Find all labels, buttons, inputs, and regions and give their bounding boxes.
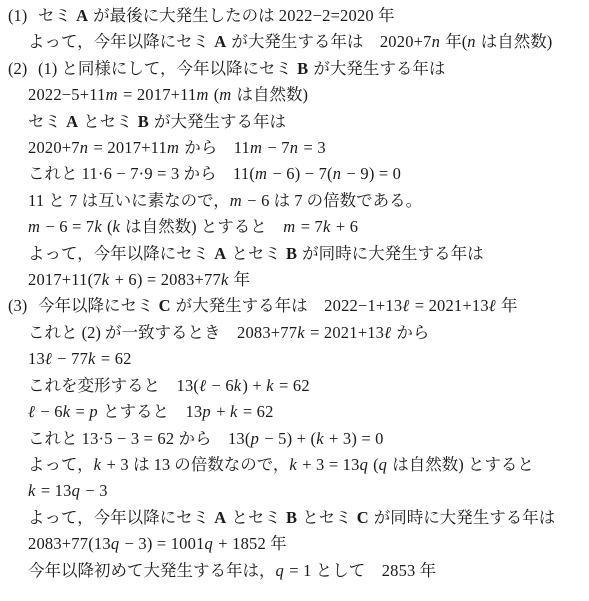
- cicada-label: A: [213, 32, 227, 51]
- math-variable: k: [323, 217, 332, 236]
- math-run: + 1852: [214, 534, 266, 553]
- text-run: これを変形すると: [28, 376, 177, 395]
- math-variable: k: [102, 270, 111, 289]
- text-run: (: [103, 217, 113, 236]
- solution-line: 今年以降初めて大発生する年は，q = 1 として 2853 年: [0, 558, 589, 584]
- math-variable: k: [289, 455, 298, 474]
- math-run: − 3: [81, 481, 108, 500]
- text-run: よって，今年以降にセミ: [28, 32, 213, 51]
- math-variable: k: [94, 217, 103, 236]
- math-run: − 6) − 7(: [268, 164, 333, 183]
- solution-line: よって，今年以降にセミ A とセミ B とセミ C が同時に大発生する年は: [0, 505, 589, 531]
- solution-line: よって，今年以降にセミ A とセミ B が同時に大発生する年は: [0, 241, 589, 267]
- cicada-label: C: [158, 296, 172, 315]
- math-run: 11·6 − 7·9 = 3: [82, 164, 180, 183]
- cicada-label: A: [213, 244, 227, 263]
- cicada-label: A: [75, 6, 89, 25]
- text-run: が大発生する年は: [150, 112, 286, 131]
- math-variable: ℓ: [384, 323, 392, 342]
- text-run: から: [179, 164, 233, 183]
- solution-line: k = 13q − 3: [0, 478, 589, 504]
- cicada-label: A: [65, 112, 79, 131]
- math-variable: n: [467, 32, 476, 51]
- solution-line: これと (2) が一致するとき 2083+77k = 2021+13ℓ から: [0, 320, 589, 346]
- math-run: 11: [234, 138, 250, 157]
- math-run: 7: [69, 191, 77, 210]
- text-run: とセミ: [298, 508, 356, 527]
- math-variable: q: [72, 481, 81, 500]
- text-run: 今年以降初めて大発生する年は，: [28, 561, 276, 580]
- math-run: − 5) + (: [260, 429, 316, 448]
- math-run: = 2017+11: [89, 138, 167, 157]
- item-number: (3): [8, 293, 27, 319]
- math-run: 13: [28, 349, 45, 368]
- text-run: (: [210, 85, 220, 104]
- text-run: とすると: [99, 402, 186, 421]
- math-run: 11: [28, 191, 44, 210]
- text-run: が大発生する年は: [172, 296, 325, 315]
- math-run: 2083+77: [237, 323, 297, 342]
- math-run: 13(: [177, 376, 200, 395]
- solution-line: 11 と 7 は互いに素なので，m − 6 は 7 の倍数である。: [0, 188, 589, 214]
- math-variable: m: [283, 217, 296, 236]
- solution-line: (3)今年以降にセミ C が大発生する年は 2022−1+13ℓ = 2021+…: [0, 293, 589, 319]
- solution-line: 2020+7n = 2017+11m から 11m − 7n = 3: [0, 135, 589, 161]
- math-run: 2853: [382, 561, 416, 580]
- math-variable: k: [63, 402, 72, 421]
- math-run: = 62: [275, 376, 310, 395]
- math-run: 2017+11(7: [28, 270, 102, 289]
- math-run: = 62: [239, 402, 274, 421]
- math-variable: n: [333, 164, 342, 183]
- text-run: 今年以降にセミ: [38, 296, 158, 315]
- text-run: これと (2) が一致するとき: [28, 323, 237, 342]
- text-run: 年: [266, 534, 287, 553]
- math-run: + 6) = 2083+77: [110, 270, 221, 289]
- solution-line: セミ A とセミ B が大発生する年は: [0, 109, 589, 135]
- text-run: が最後に大発生したのは: [89, 6, 279, 25]
- text-run: これと: [28, 429, 82, 448]
- text-run: が大発生する年は: [309, 59, 445, 78]
- math-variable: ℓ: [199, 376, 207, 395]
- math-variable: m: [255, 164, 268, 183]
- text-run: 年: [416, 561, 437, 580]
- math-variable: ℓ: [28, 402, 36, 421]
- math-run: =: [71, 402, 89, 421]
- text-run: から: [180, 138, 234, 157]
- text-run: 年: [229, 270, 250, 289]
- math-variable: q: [205, 534, 214, 553]
- math-run: 2083+77(13: [28, 534, 111, 553]
- math-run: = 2021+13: [410, 296, 488, 315]
- text-run: が大発生する年は: [227, 32, 380, 51]
- math-run: = 1: [285, 561, 312, 580]
- text-run: は自然数) とすると: [121, 217, 283, 236]
- math-run: 2020+7: [380, 32, 432, 51]
- math-variable: ℓ: [489, 296, 497, 315]
- solution-line: よって，k + 3 は 13 の倍数なので，k + 3 = 13q (q は自然…: [0, 452, 589, 478]
- cicada-label: B: [285, 244, 298, 263]
- math-run: = 2021+13: [306, 323, 384, 342]
- solution-line: 2022−5+11m = 2017+11m (m は自然数): [0, 82, 589, 108]
- math-variable: q: [111, 534, 120, 553]
- math-run: 13: [185, 402, 202, 421]
- solution-line: よって，今年以降にセミ A が大発生する年は 2020+7n 年(n は自然数): [0, 29, 589, 55]
- math-run: 2022−2=2020: [279, 6, 374, 25]
- math-run: = 2017+11: [119, 85, 197, 104]
- math-variable: m: [167, 138, 180, 157]
- math-variable: k: [316, 429, 325, 448]
- math-variable: n: [290, 138, 299, 157]
- math-variable: q: [379, 455, 388, 474]
- math-run: − 3) = 1001: [120, 534, 204, 553]
- solution-line: (2)(1) と同様にして，今年以降にセミ B が大発生する年は: [0, 56, 589, 82]
- solution-line: これと 13·5 − 3 = 62 から 13(p − 5) + (k + 3)…: [0, 426, 589, 452]
- math-run: 2022−5+11: [28, 85, 106, 104]
- math-variable: m: [106, 85, 119, 104]
- math-run: 11(: [233, 164, 255, 183]
- math-solution-document: (1)セミ A が最後に大発生したのは 2022−2=2020 年よって，今年以…: [0, 0, 589, 584]
- text-run: (: [369, 455, 379, 474]
- cicada-label: C: [356, 508, 370, 527]
- cicada-label: A: [213, 508, 227, 527]
- math-run: + 3 = 13: [298, 455, 360, 474]
- math-run: 2022−1+13: [324, 296, 402, 315]
- text-run: は自然数): [232, 85, 308, 104]
- math-variable: m: [250, 138, 263, 157]
- math-variable: k: [297, 323, 306, 342]
- text-run: セミ: [28, 112, 65, 131]
- solution-line: ℓ − 6k = p とすると 13p + k = 62: [0, 399, 589, 425]
- text-run: が同時に大発生する年は: [298, 244, 484, 263]
- math-run: +: [212, 402, 230, 421]
- solution-line: m − 6 = 7k (k は自然数) とすると m = 7k + 6: [0, 214, 589, 240]
- text-run: よって，今年以降にセミ: [28, 244, 213, 263]
- text-run: と: [44, 191, 69, 210]
- math-variable: n: [432, 32, 441, 51]
- solution-line: 2017+11(7k + 6) = 2083+77k 年: [0, 267, 589, 293]
- math-run: 13·5 − 3 = 62: [82, 429, 175, 448]
- math-variable: m: [219, 85, 232, 104]
- solution-line: これと 11·6 − 7·9 = 3 から 11(m − 6) − 7(n − …: [0, 161, 589, 187]
- text-run: 年: [374, 6, 395, 25]
- text-run: とセミ: [227, 244, 285, 263]
- text-run: から: [392, 323, 429, 342]
- text-run: とセミ: [79, 112, 137, 131]
- math-run: = 13: [37, 481, 72, 500]
- text-run: は自然数) とすると: [388, 455, 534, 474]
- text-run: (1) と同様にして，今年以降にセミ: [38, 59, 296, 78]
- solution-line: 13ℓ − 77k = 62: [0, 346, 589, 372]
- text-run: 年(: [441, 32, 467, 51]
- math-run: = 3: [299, 138, 326, 157]
- math-variable: m: [230, 191, 243, 210]
- text-run: として: [312, 561, 382, 580]
- math-variable: k: [94, 455, 103, 474]
- text-run: は 7 の倍数である。: [270, 191, 423, 210]
- text-run: これと: [28, 164, 82, 183]
- math-run: ) +: [242, 376, 266, 395]
- text-run: よって，今年以降にセミ: [28, 508, 213, 527]
- math-run: − 6: [243, 191, 270, 210]
- item-number: (1): [8, 3, 27, 29]
- cicada-label: B: [137, 112, 150, 131]
- math-run: 2020+7: [28, 138, 80, 157]
- solution-line: (1)セミ A が最後に大発生したのは 2022−2=2020 年: [0, 3, 589, 29]
- math-variable: k: [88, 349, 97, 368]
- math-run: = 62: [97, 349, 132, 368]
- math-variable: q: [276, 561, 285, 580]
- math-variable: k: [266, 376, 275, 395]
- text-run: よって，: [28, 455, 94, 474]
- math-run: − 7: [263, 138, 290, 157]
- math-variable: p: [251, 429, 260, 448]
- text-run: から: [174, 429, 228, 448]
- math-run: + 6: [332, 217, 359, 236]
- item-number: (2): [8, 56, 27, 82]
- text-run: 年: [497, 296, 518, 315]
- text-run: とセミ: [227, 508, 285, 527]
- math-run: + 3) = 0: [325, 429, 384, 448]
- text-run: は自然数): [477, 32, 553, 51]
- math-variable: p: [89, 402, 98, 421]
- cicada-label: B: [285, 508, 298, 527]
- math-variable: p: [202, 402, 211, 421]
- math-variable: ℓ: [45, 349, 53, 368]
- cicada-label: B: [296, 59, 309, 78]
- math-variable: k: [28, 481, 37, 500]
- math-variable: k: [230, 402, 239, 421]
- math-run: 13(: [228, 429, 251, 448]
- solution-line: 2083+77(13q − 3) = 1001q + 1852 年: [0, 531, 589, 557]
- math-variable: k: [113, 217, 122, 236]
- math-variable: m: [28, 217, 41, 236]
- text-run: が同時に大発生する年は: [370, 508, 556, 527]
- math-run: − 6: [207, 376, 234, 395]
- text-run: セミ: [38, 6, 75, 25]
- math-run: + 3: [102, 455, 129, 474]
- text-run: は互いに素なので，: [78, 191, 230, 210]
- math-variable: n: [80, 138, 89, 157]
- solution-line: これを変形すると 13(ℓ − 6k) + k = 62: [0, 373, 589, 399]
- math-run: − 6: [36, 402, 63, 421]
- math-run: − 6 = 7: [41, 217, 94, 236]
- math-variable: q: [360, 455, 369, 474]
- math-run: − 9) = 0: [342, 164, 401, 183]
- math-run: − 77: [53, 349, 88, 368]
- math-variable: m: [196, 85, 209, 104]
- math-run: = 7: [296, 217, 323, 236]
- text-run: は 13 の倍数なので，: [129, 455, 290, 474]
